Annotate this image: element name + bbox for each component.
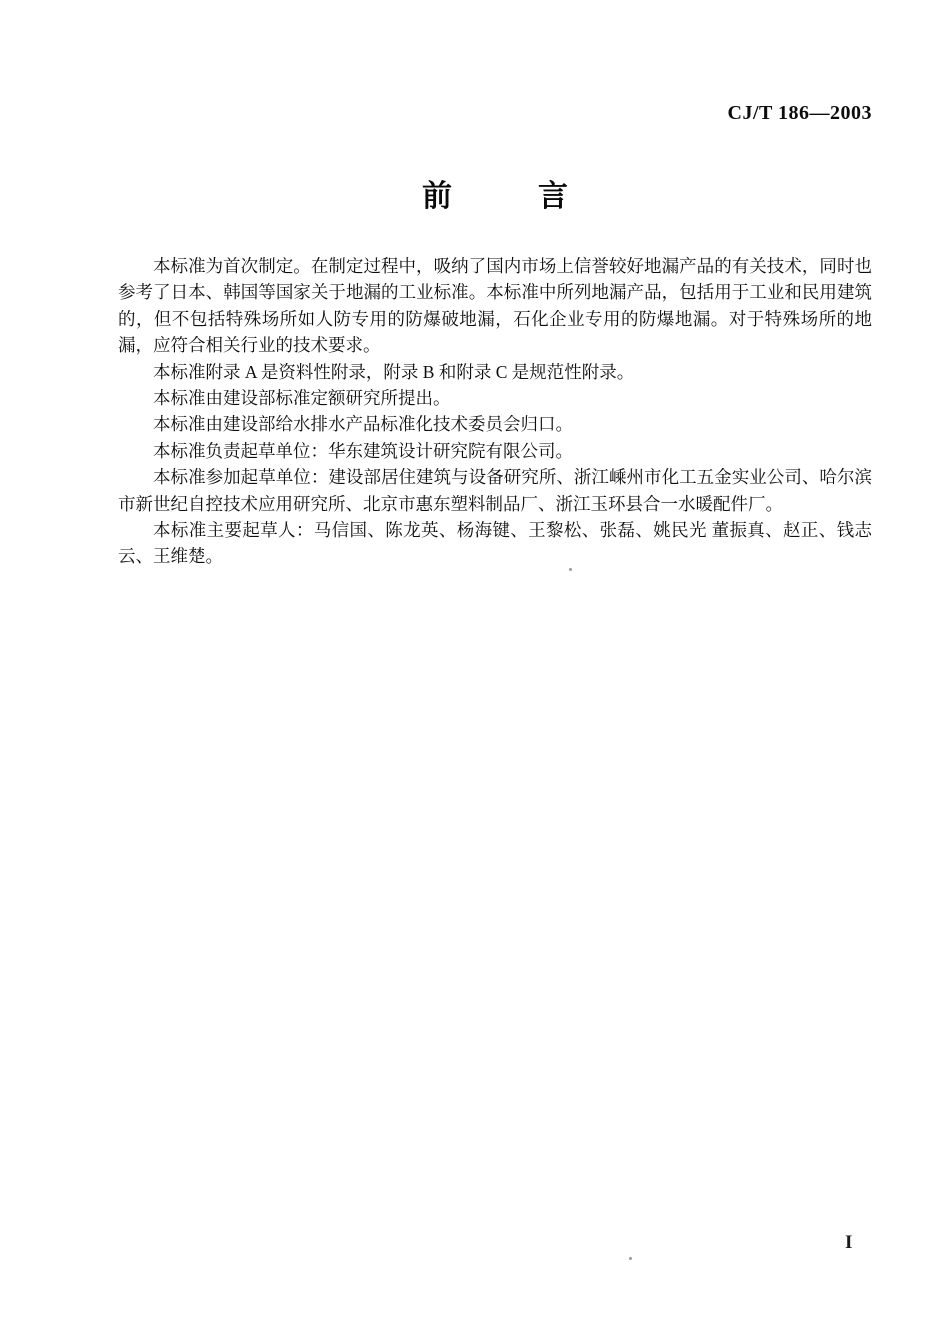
foreword-body: 本标准为首次制定。在制定过程中，吸纳了国内市场上信誉较好地漏产品的有关技术，同时…: [118, 253, 872, 570]
title-char-2: 言: [538, 180, 568, 213]
scan-speck: [629, 1257, 632, 1260]
paragraph-proposed-by: 本标准由建设部标准定额研究所提出。: [118, 385, 872, 411]
paragraph-intro: 本标准为首次制定。在制定过程中，吸纳了国内市场上信誉较好地漏产品的有关技术，同时…: [118, 253, 872, 359]
scan-speck: [569, 568, 572, 571]
title-char-1: 前: [422, 180, 452, 213]
page-number: I: [845, 1232, 852, 1254]
document-page: CJ/T 186—2003 前言 本标准为首次制定。在制定过程中，吸纳了国内市场…: [0, 0, 950, 1340]
paragraph-centralized-by: 本标准由建设部给水排水产品标准化技术委员会归口。: [118, 411, 872, 437]
paragraph-chief-drafters: 本标准主要起草人：马信国、陈龙英、杨海键、王黎松、张磊、姚民光 董振真、赵正、钱…: [118, 517, 872, 570]
paragraph-annexes: 本标准附录 A 是资料性附录，附录 B 和附录 C 是规范性附录。: [118, 359, 872, 385]
paragraph-chief-drafting-org: 本标准负责起草单位：华东建筑设计研究院有限公司。: [118, 438, 872, 464]
paragraph-participating-orgs: 本标准参加起草单位：建设部居住建筑与设备研究所、浙江嵊州市化工五金实业公司、哈尔…: [118, 464, 872, 517]
standard-code: CJ/T 186—2003: [728, 102, 872, 125]
page-title: 前言: [118, 180, 872, 214]
